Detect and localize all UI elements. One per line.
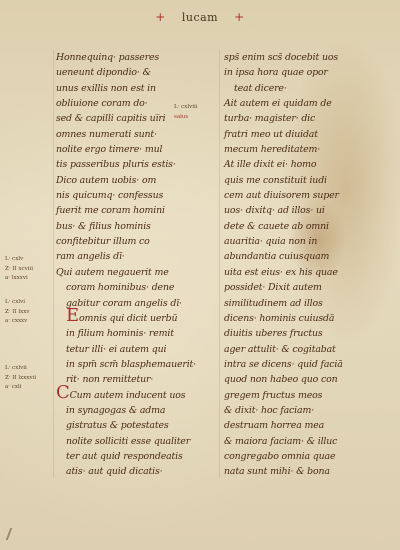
text-line: similitudinem ad illos [224, 296, 354, 311]
text-line: fratri meo ut diuidat [224, 127, 354, 142]
text-line: Dico autem uobis· om [56, 173, 216, 188]
text-line: intra se dicens· quid faciā [224, 357, 354, 372]
text-line: in synagogas & adma [56, 403, 216, 418]
text-line: abundantia cuiusquam [224, 249, 354, 264]
text-line: nolite ergo timere· mul [56, 142, 216, 157]
marginal-canon-number: Z· II lxxv [5, 308, 29, 318]
red-initial: E [66, 305, 79, 326]
marginal-reference-2: L· cxlvi Z· II lxxv a· cxxxv [5, 298, 29, 327]
text-line: nis quicumq· confessus [56, 188, 216, 203]
marginal-reference-right: L· cxlviii salus [174, 103, 197, 122]
text-line: in spm̄ scm̄ blasphemauerit· [56, 357, 216, 372]
cross-icon: + [234, 10, 245, 24]
text-line-body: Cum autem inducent uos [70, 390, 186, 401]
text-line: uita est eius· ex his quae [224, 265, 354, 280]
text-line: quis me constituit iudi [224, 173, 354, 188]
text-line: fuerit me coram homini [56, 203, 216, 218]
text-line: nolite solliciti esse qualiter [56, 434, 216, 449]
header-title: lucam [182, 11, 218, 24]
text-line: tetur illi· ei autem qui [56, 342, 216, 357]
text-line: atis· aut quid dicatis· [56, 464, 216, 479]
text-line: omnes numerati sunt· [56, 127, 216, 142]
marginal-canon-number: a· lxxxvi [5, 274, 33, 284]
right-text-column: sps̄ enim scs̄ docebit uos in ipsa hora … [224, 50, 354, 480]
text-line: & maiora faciam· & illuc [224, 434, 354, 449]
ruling-line [219, 50, 220, 478]
folio-mark [6, 528, 22, 540]
text-line: Qui autem negauerit me [56, 265, 216, 280]
marginal-reference-3: L· cxlvii Z· II lxxxvii a· cxli [5, 364, 36, 393]
text-line: CCum autem inducent uos [56, 388, 216, 403]
text-line: diuitis uberes fructus [224, 326, 354, 341]
ruling-line [53, 50, 54, 478]
text-line: & dixit· hoc faciam· [224, 403, 354, 418]
text-line: uos· dixitq· ad illos· ui [224, 203, 354, 218]
text-line: tis passeribus pluris estis· [56, 157, 216, 172]
marginal-canon-number: a· cxxxv [5, 317, 29, 327]
text-line: turba· magister· dic [224, 111, 354, 126]
red-initial: C [56, 382, 70, 403]
text-line: gistratus & potestates [56, 418, 216, 433]
text-line-body: omnis qui dicit uerbū [79, 313, 177, 324]
text-line: confitebitur illum co [56, 234, 216, 249]
text-line: gabitur coram angelis dī· [56, 296, 216, 311]
text-line: unus exillis non est in [56, 81, 216, 96]
text-line: quod non habeo quo con [224, 372, 354, 387]
text-line: congregabo omnia quae [224, 449, 354, 464]
text-line: cem aut diuisorem super [224, 188, 354, 203]
text-line: possidet· Dixit autem [224, 280, 354, 295]
text-line: ueneunt dipondio· & [56, 65, 216, 80]
running-header: + lucam + [0, 10, 400, 24]
text-line: teat dicere· [224, 81, 354, 96]
marginal-canon-number: L· cxlviii [174, 103, 197, 113]
text-line: mecum hereditatem· [224, 142, 354, 157]
text-line: dicens· hominis cuiusdā [224, 311, 354, 326]
marginal-reference-1: L· cxlv Z· II xcviii a· lxxxvi [5, 255, 33, 284]
marginal-canon-number: L· cxlvi [5, 298, 29, 308]
text-line: in filium hominis· remit [56, 326, 216, 341]
text-line: in ipsa hora quae opor [224, 65, 354, 80]
text-line: coram hominibus· dene [56, 280, 216, 295]
marginal-rubric: salus [174, 113, 197, 123]
marginal-canon-number: Z· II lxxxvii [5, 374, 36, 384]
text-line: ram angelis dī· [56, 249, 216, 264]
text-line: ter aut quid respondeatis [56, 449, 216, 464]
text-line: sps̄ enim scs̄ docebit uos [224, 50, 354, 65]
text-line: At ille dixit ei· homo [224, 157, 354, 172]
text-line: Ait autem ei quidam de [224, 96, 354, 111]
text-line: rit· non remittetur· [56, 372, 216, 387]
text-line: bus· & filius hominis [56, 219, 216, 234]
marginal-canon-number: a· cxli [5, 383, 36, 393]
text-line: Eomnis qui dicit uerbū [56, 311, 216, 326]
marginal-canon-number: L· cxlvii [5, 364, 36, 374]
text-line: Honnequinq· passeres [56, 50, 216, 65]
text-line: gregem fructus meos [224, 388, 354, 403]
marginal-canon-number: Z· II xcviii [5, 265, 33, 275]
text-line: dete & cauete ab omni [224, 219, 354, 234]
text-line: nata sunt mihi· & bona [224, 464, 354, 479]
marginal-canon-number: L· cxlv [5, 255, 33, 265]
manuscript-page: + lucam + Honnequinq· passeres ueneunt d… [0, 0, 400, 550]
text-line: auaritia· quia non in [224, 234, 354, 249]
text-line: destruam horrea mea [224, 418, 354, 433]
text-line: ager attulit· & cogitabat [224, 342, 354, 357]
cross-icon: + [155, 10, 166, 24]
